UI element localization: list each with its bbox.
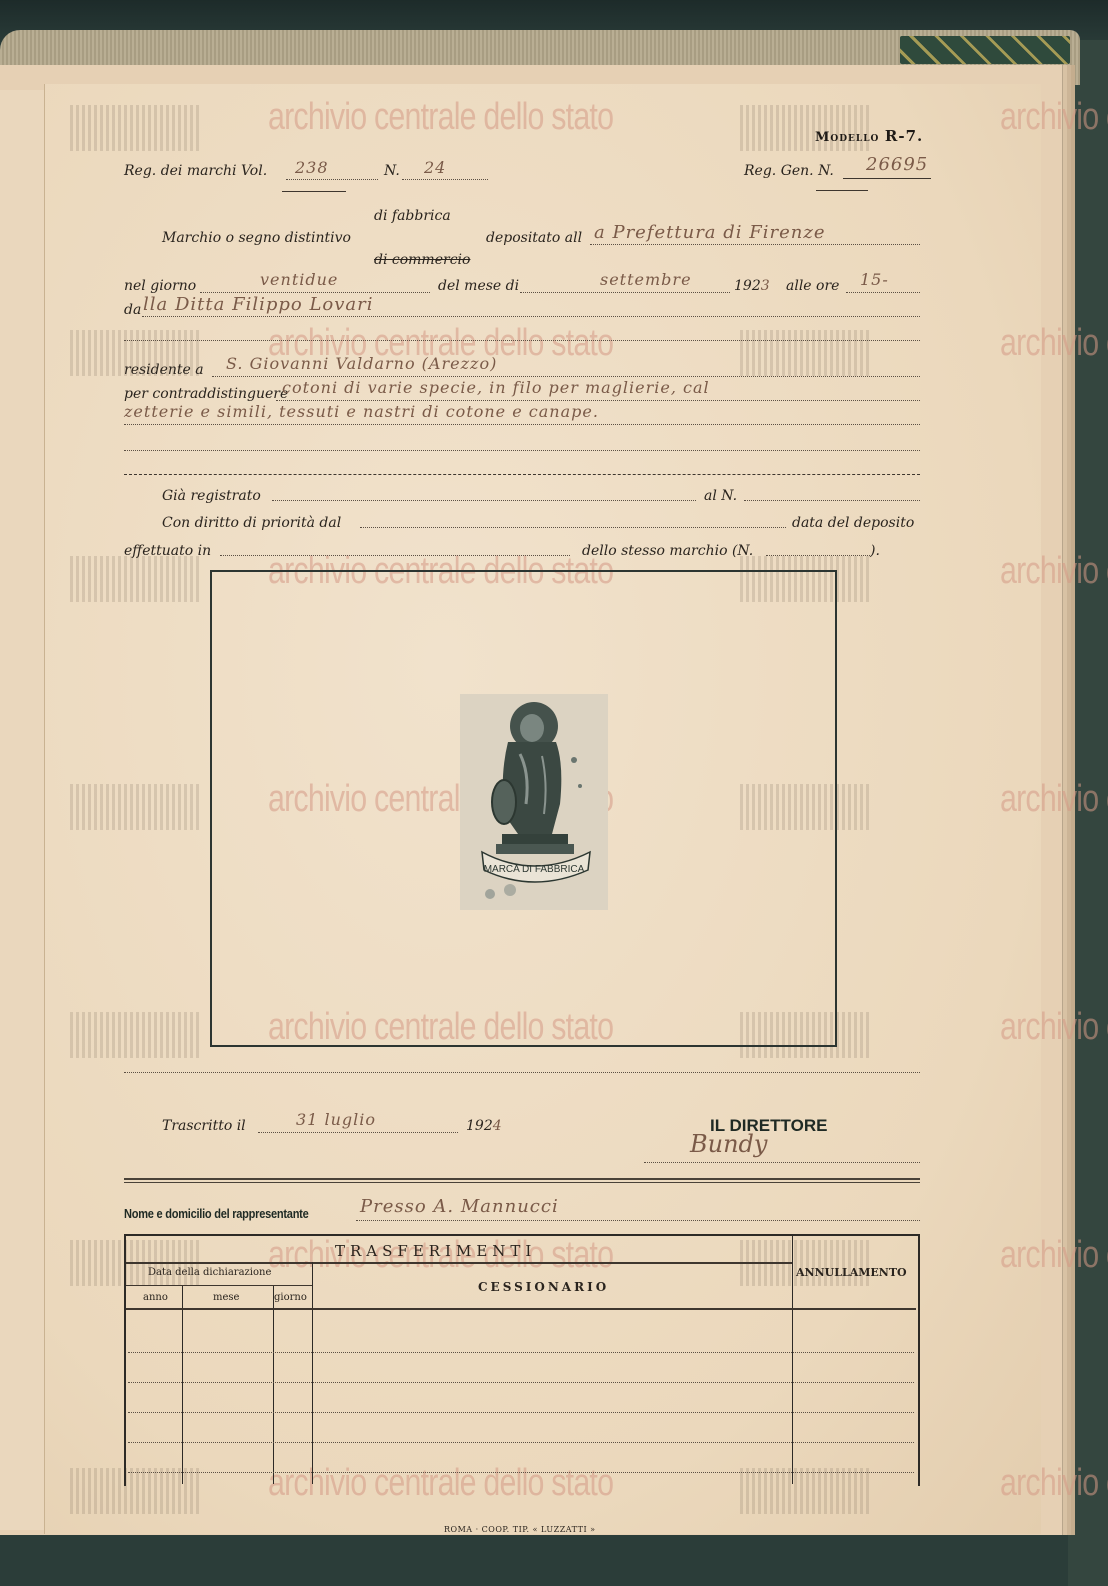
contraddistinguere-line [276, 400, 920, 401]
blank-line [124, 474, 920, 475]
col-giorno: giorno [274, 1292, 307, 1303]
section-divider [124, 1178, 920, 1183]
stesso-marchio-line [766, 555, 870, 556]
al-n-label: al N. [704, 488, 737, 504]
reg-marchi-vol-line [286, 179, 378, 180]
underline [282, 191, 346, 192]
table-row[interactable] [128, 1442, 914, 1443]
priorita-label: Con diritto di priorità dal [162, 515, 341, 531]
trascritto-line [258, 1132, 458, 1133]
depositato-value: a Prefettura di Firenze [594, 222, 826, 243]
giorno-line [200, 292, 430, 293]
reg-marchi-label: Reg. dei marchi Vol. [124, 163, 267, 179]
watermark-logo-icon [70, 556, 200, 602]
ore-line [846, 292, 920, 293]
reg-marchi-n-line [402, 179, 488, 180]
watermark: archivio centrale dello stato [1000, 1462, 1108, 1505]
trademark-image: MARCA DI FABBRICA [460, 694, 608, 910]
lion-statue-icon: MARCA DI FABBRICA [460, 694, 608, 910]
effettuato-label: effettuato in [124, 543, 211, 559]
nel-giorno-label: nel giorno [124, 278, 196, 294]
watermark-logo-icon [70, 1012, 200, 1058]
col-mese: mese [213, 1292, 239, 1303]
svg-text:MARCA DI FABBRICA: MARCA DI FABBRICA [484, 864, 585, 875]
date-group-header: Data della dichiarazione [148, 1267, 271, 1278]
trascritto-anno: 1924 [466, 1118, 502, 1134]
reg-marchi-n-value: 24 [424, 158, 446, 177]
depositato-label: depositato all [486, 230, 582, 246]
previous-page-edge [0, 90, 46, 1530]
residente-label: residente a [124, 362, 204, 378]
rappresentante-value: Presso A. Mannucci [360, 1196, 559, 1217]
printer-imprint: ROMA · COOP. TIP. « LUZZATTI » [444, 1525, 596, 1534]
marchio-label: Marchio o segno distintivo [162, 230, 351, 246]
watermark: archivio centrale dello stato [1000, 96, 1108, 139]
director-signature: Bundy [690, 1130, 767, 1158]
giorno-value: ventidue [260, 270, 338, 289]
watermark-logo-icon [70, 784, 200, 830]
reg-gen-line [843, 178, 931, 179]
watermark: archivio centrale dello stato [268, 96, 613, 139]
depositato-line [590, 244, 920, 245]
table-row[interactable] [128, 1412, 914, 1413]
reg-gen-label: Reg. Gen. N. [744, 163, 834, 179]
col-divider [792, 1236, 793, 1484]
transfers-title: TRASFERIMENTI [335, 1242, 536, 1260]
col-divider [182, 1286, 183, 1484]
del-mese-label: del mese di [438, 278, 519, 294]
watermark: archivio centrale dello stato [1000, 778, 1108, 821]
date-subheader-divider [126, 1285, 312, 1286]
rappresentante-line [356, 1220, 920, 1221]
cessionario-header: CESSIONARIO [478, 1280, 609, 1294]
ditta-line [142, 316, 920, 317]
priorita-line [360, 527, 786, 528]
residente-value: S. Giovanni Valdarno (Arezzo) [226, 354, 497, 373]
annullamento-header: ANNULLAMENTO [796, 1266, 907, 1279]
underline [816, 190, 868, 191]
watermark: archivio centrale dello stato [1000, 550, 1108, 593]
gia-registrato-line [272, 500, 696, 501]
contraddistinguere-line-2 [124, 424, 920, 425]
watermark-logo-icon [70, 105, 200, 151]
stesso-marchio-close: ). [870, 543, 880, 559]
watermark-logo-icon [740, 330, 870, 376]
di-fabbrica-label: di fabbrica [374, 208, 451, 224]
stesso-marchio-label: dello stesso marchio (N. [582, 543, 753, 559]
mese-line [520, 292, 730, 293]
ditta-value: lla Ditta Filippo Lovari [143, 294, 374, 315]
header-bottom-divider [126, 1308, 916, 1310]
contraddistinguere-value-2: zetterie e simili, tessuti e nastri di c… [124, 402, 599, 421]
marbled-cover-edge [900, 36, 1070, 64]
anno-label: 1923 [734, 278, 770, 294]
residente-line [212, 376, 920, 377]
blank-line [124, 1072, 920, 1073]
watermark: archivio centrale dello stato [1000, 322, 1108, 365]
contraddistinguere-label: per contraddistinguere [124, 386, 288, 402]
gia-registrato-label: Già registrato [162, 488, 261, 504]
header-divider [126, 1262, 792, 1264]
contraddistinguere-value-1: cotoni di varie specie, in filo per magl… [282, 378, 710, 397]
table-row[interactable] [128, 1352, 914, 1353]
n-label: N. [384, 163, 400, 179]
effettuato-line [220, 555, 570, 556]
col-divider [273, 1286, 274, 1484]
col-anno: anno [143, 1292, 168, 1303]
ore-value: 15- [860, 270, 889, 289]
reg-marchi-vol-value: 238 [295, 158, 329, 177]
watermark: archivio centrale dello stato [1000, 1006, 1108, 1049]
rappresentante-label: Nome e domicilio del rappresentante [124, 1206, 309, 1221]
table-row[interactable] [128, 1382, 914, 1383]
al-n-line [744, 500, 920, 501]
blank-line [124, 450, 920, 451]
table-row[interactable] [128, 1472, 914, 1473]
watermark: archivio centrale dello stato [1000, 1234, 1108, 1277]
trascritto-label: Trascritto il [162, 1118, 246, 1134]
trascritto-value: 31 luglio [296, 1110, 376, 1129]
di-commercio-label: di commercio [374, 252, 470, 268]
col-divider [312, 1262, 313, 1484]
blank-line [124, 340, 920, 341]
dalla-label: da [124, 302, 141, 318]
mese-value: settembre [600, 270, 692, 289]
reg-gen-value: 26695 [866, 154, 928, 175]
alle-ore-label: alle ore [786, 278, 839, 294]
modello-label: Modello R-7. [815, 127, 923, 145]
signature-line [644, 1162, 920, 1163]
data-deposito-label: data del deposito [792, 515, 914, 531]
